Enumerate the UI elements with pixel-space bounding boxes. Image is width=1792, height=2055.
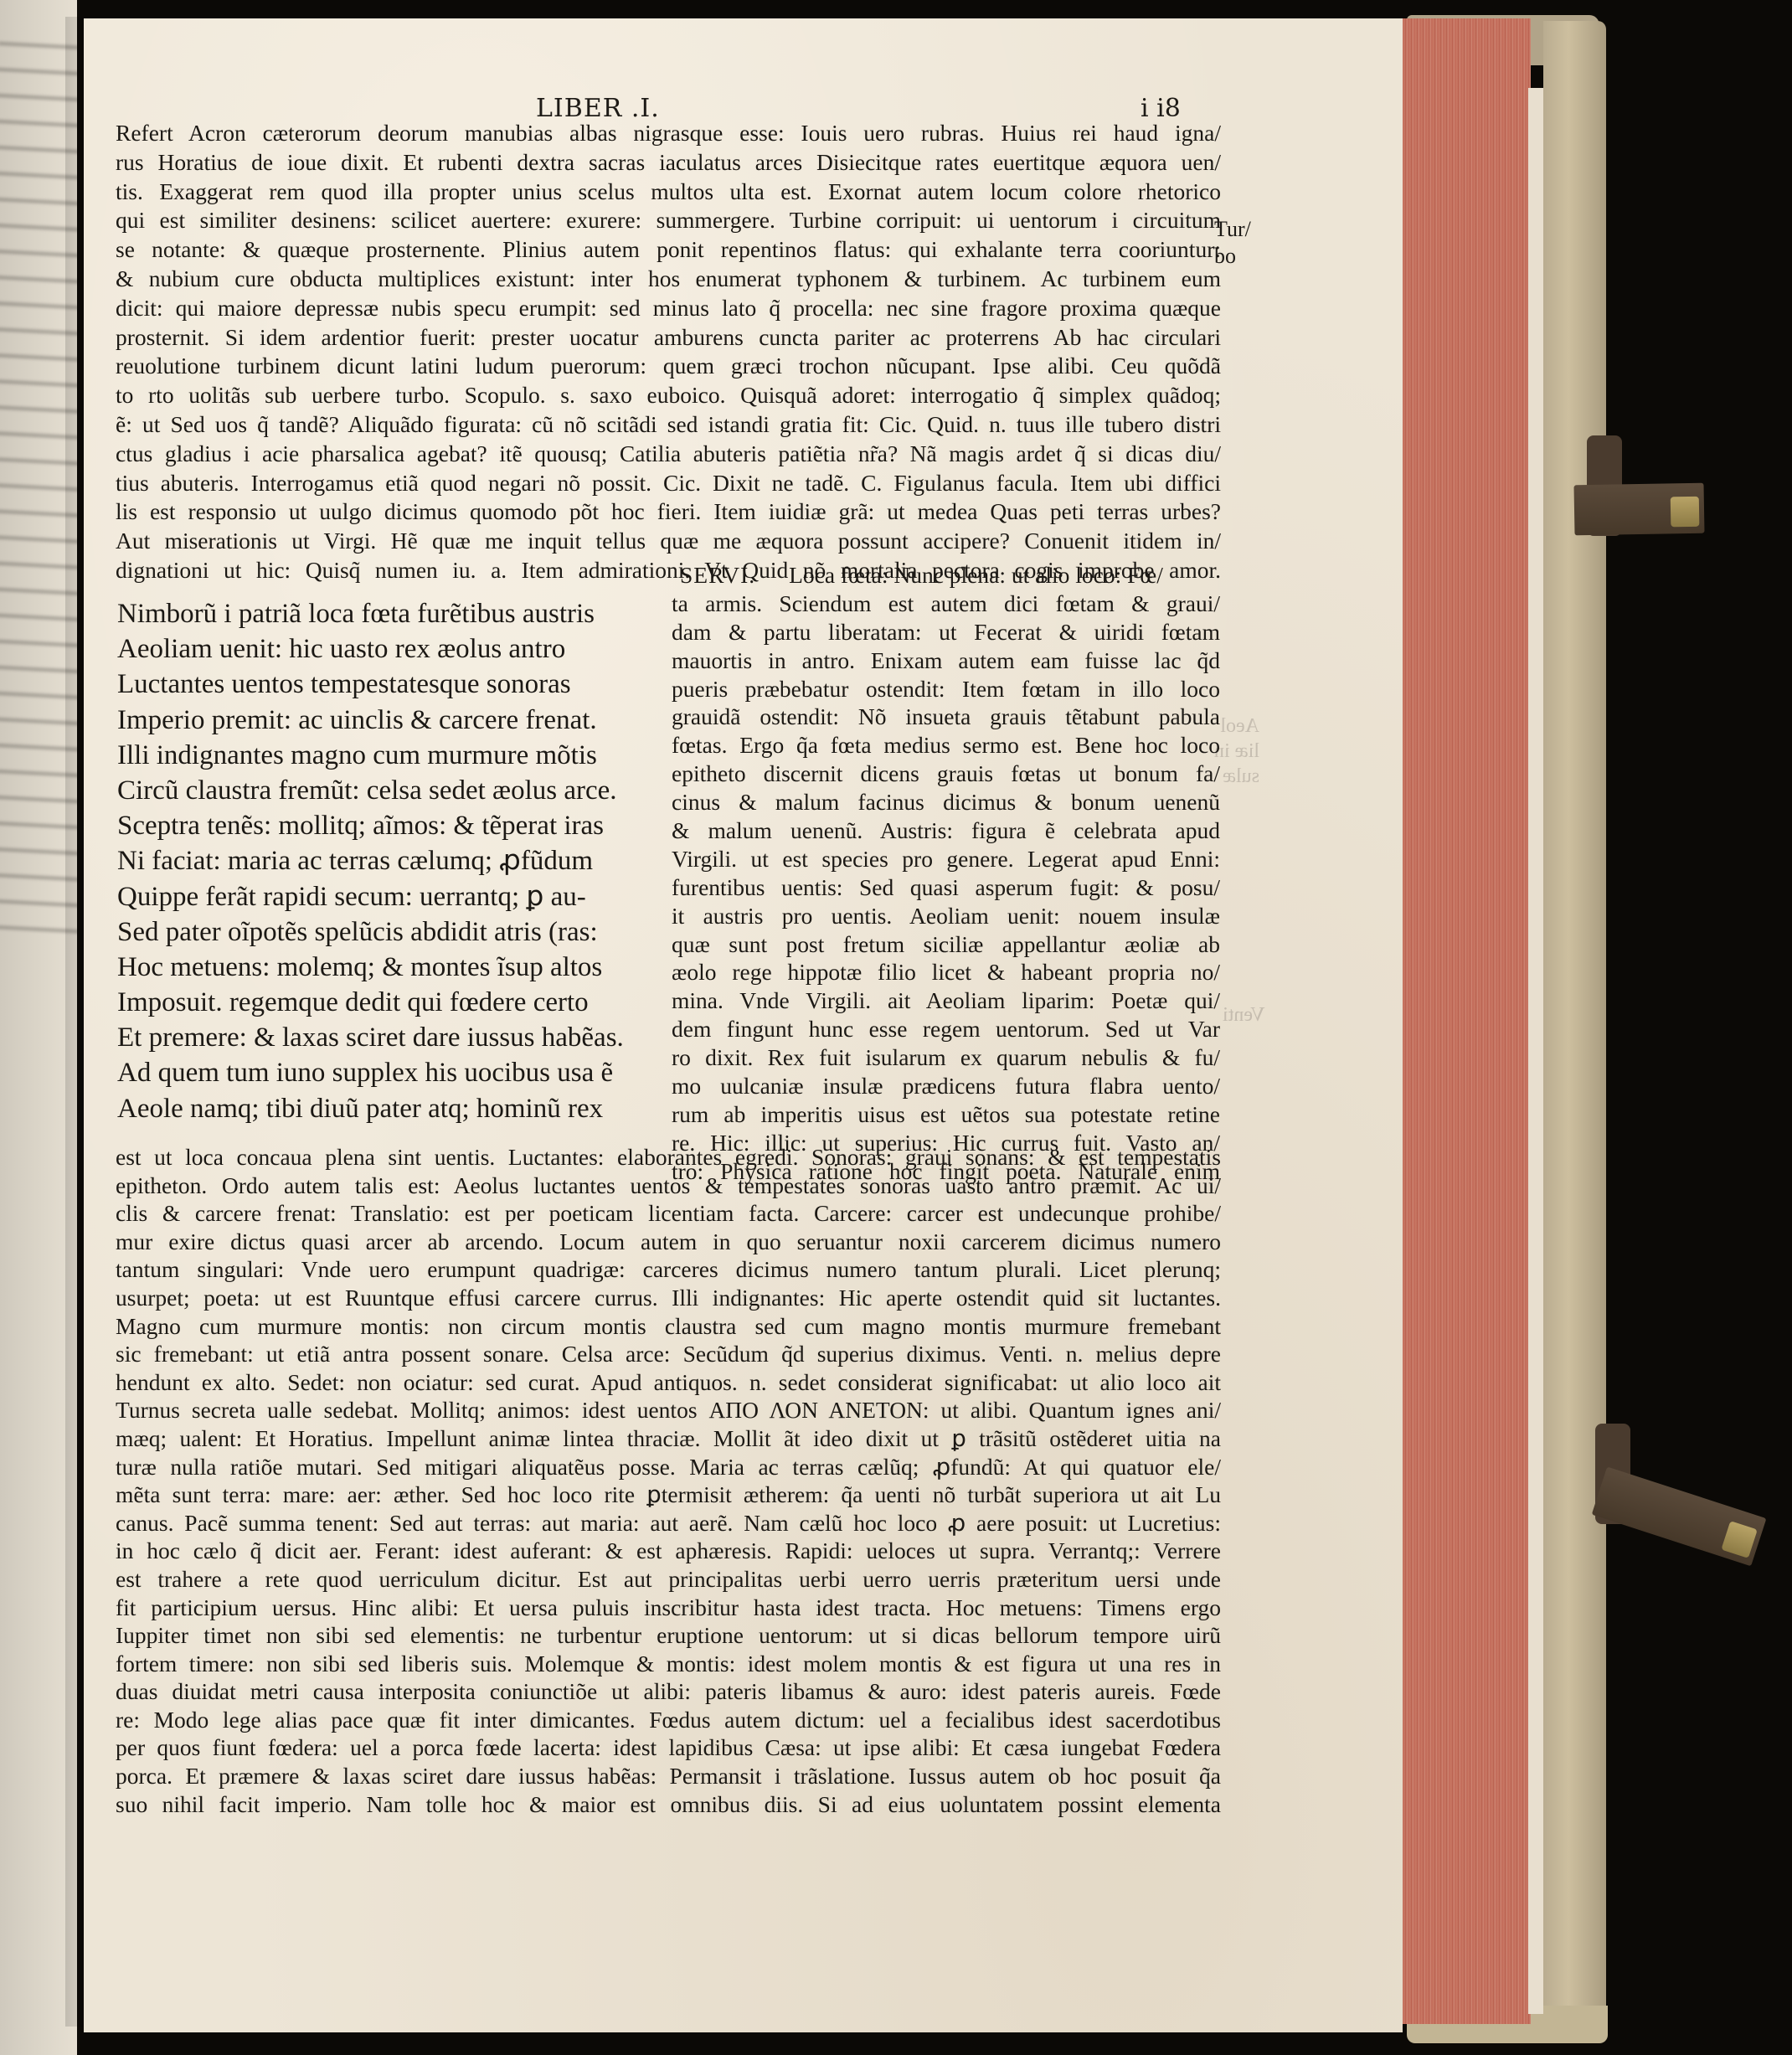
commentary-line: mo uulcaniæ insulæ prædicens futura flab… (672, 1072, 1220, 1100)
commentary-line: ẽ: ut Sed uos q̃ tandẽ? Aliquãdo figurat… (116, 410, 1221, 440)
commentary-line: clis & carcere frenat: Translatio: est p… (116, 1199, 1221, 1228)
commentary-right-column: SERVI.Loca fœta: Nunc plena: ut alio loc… (672, 561, 1220, 1186)
commentary-line: duas diuidat metri causa interposita con… (116, 1677, 1221, 1706)
commentary-line: se notante: & quæque prosternente. Plini… (116, 235, 1221, 265)
commentary-line: fortem timere: non sibi sed liberis suis… (116, 1650, 1221, 1678)
verse-line: Et premere: & laxas sciret dare iussus h… (117, 1020, 653, 1055)
commentary-line: Aut miserationis ut Virgi. Hẽ quæ me inq… (116, 527, 1221, 556)
commentary-line: rum ab imperitis uisus est uẽtos sua pot… (672, 1100, 1220, 1129)
verse-line: Ni faciat: maria ac terras cælumq; ꝓfũdu… (117, 843, 653, 878)
commentary-line: SERVI.Loca fœta: Nunc plena: ut alio loc… (672, 561, 1220, 590)
verse-line: Imperio premit: ac uinclis & carcere fre… (117, 703, 653, 738)
commentary-line: per quos fiunt fœdera: uel a porca fœde … (116, 1733, 1221, 1762)
commentary-line: Refert Acron cæterorum deorum manubias a… (116, 119, 1221, 148)
verse-line: Aeole namq; tibi diuũ pater atq; hominũ … (117, 1091, 653, 1126)
commentary-line: pueris præbebatur ostendit: Item fœtam i… (672, 675, 1220, 703)
verse-line: Circũ claustra fremũt: celsa sedet æolus… (117, 773, 653, 808)
commentary-line: hendunt ex alto. Sedet: non ociatur: sed… (116, 1368, 1221, 1397)
commentary-line: in hoc cælo q̃ dicit aer. Ferant: idest … (116, 1537, 1221, 1565)
commentary-line: canus. Pacẽ summa tenent: Sed aut terras… (116, 1509, 1221, 1537)
commentary-line: lis est responsio ut uulgo dicimus quomo… (116, 497, 1221, 527)
clasp-bottom (1592, 1466, 1767, 1566)
commentary-line: dem fingunt hunc esse regem uentorum. Se… (672, 1015, 1220, 1043)
commentary-line: mur exire dictus quasi arcer ab arcendo.… (116, 1228, 1221, 1256)
commentary-line: ctus gladius i acie pharsalica agebat? i… (116, 440, 1221, 469)
commentary-line: Turnus secreta ualle sedebat. Mollitq; a… (116, 1396, 1221, 1424)
verse-line: Quippe ferãt rapidi secum: uerrantq; ꝑ a… (117, 879, 653, 914)
commentary-line: & malum uenenũ. Austris: figura ẽ celebr… (672, 816, 1220, 845)
verse-line: Sed pater oĩpotẽs spelũcis abdidit atris… (117, 914, 653, 950)
show-through-text: Venti (1223, 1002, 1265, 1027)
show-through-text: Aeolliæ insulæ (1214, 713, 1259, 789)
endpaper-edge (1528, 88, 1543, 2014)
recto-page: LIBER .I. i i8 Tur/ bo Aeolliæ insulæ Ve… (84, 18, 1403, 2032)
commentary-line: epitheto discernit dicens grauis fœtas u… (672, 760, 1220, 788)
commentary-line: Iuppiter timet non sibi sed elementis: n… (116, 1621, 1221, 1650)
commentary-line: porca. Et præmere & laxas sciret dare iu… (116, 1762, 1221, 1790)
verse-line: Aeoliam uenit: hic uasto rex æolus antro (117, 631, 653, 667)
commentary-line: ro dixit. Rex fuit isularum ex quarum ne… (672, 1043, 1220, 1072)
commentary-line: reuolutione turbinem dicunt latini ludum… (116, 352, 1221, 381)
commentary-line: ta armis. Sciendum est autem dici fœtam … (672, 590, 1220, 618)
verse-line: Luctantes uentos tempestatesque sonoras (117, 667, 653, 702)
commentary-line: mẽta sunt terra: mare: aer: æther. Sed h… (116, 1481, 1221, 1509)
verse-line: Nimborũ i patriã loca fœta furẽtibus aus… (117, 596, 653, 631)
brass-clasp-tip-icon (1671, 497, 1700, 528)
red-fore-edge (1394, 18, 1531, 2024)
verse-line: Sceptra tenẽs: mollitq; aĩmos: & tẽperat… (117, 808, 653, 843)
verse-line: Illi indignantes magno cum murmure mõtis (117, 738, 653, 773)
verse-line: Ad quem tum iuno supplex his uocibus usa… (117, 1055, 653, 1090)
commentary-line: re: Modo lege alias pace quæ fit inter d… (116, 1706, 1221, 1734)
commentary-line: sic fremebant: ut etiã antra possent son… (116, 1340, 1221, 1368)
commentary-line: turæ nulla ratiõe mutari. Sed mitigari a… (116, 1453, 1221, 1481)
commentary-line: epitheton. Ordo autem talis est: Aeolus … (116, 1172, 1221, 1200)
commentary-line: Magno cum murmure montis: non circum mon… (116, 1312, 1221, 1341)
commentary-line: it austris pro uentis. Aeoliam uenit: no… (672, 902, 1220, 930)
commentary-line: qui est similiter desinens: scilicet aue… (116, 206, 1221, 235)
commentary-line: to rto uolitãs sub uerbere turbo. Scopul… (116, 381, 1221, 410)
commentary-line: est ut loca concaua plena sint uentis. L… (116, 1143, 1221, 1172)
commentary-line: suo nihil facit imperio. Nam tolle hoc &… (116, 1790, 1221, 1819)
commentary-top: Refert Acron cæterorum deorum manubias a… (116, 119, 1221, 585)
commentary-line: dicit: qui maiore depressæ nubis specu e… (116, 294, 1221, 323)
servius-heading: SERVI. (672, 562, 789, 588)
commentary-line: & nubium cure obducta multiplices existu… (116, 265, 1221, 294)
commentary-line: tis. Exaggerat rem quod illa propter uni… (116, 178, 1221, 207)
verse-line: Imposuit. regemque dedit qui fœdere cert… (117, 985, 653, 1020)
commentary-line-text: Loca fœta: Nunc plena: ut alio loco: Fœ/ (789, 562, 1163, 588)
commentary-line: est trahere a rete quod uerriculum dicit… (116, 1565, 1221, 1594)
commentary-line: grauidã ostendit: Nõ insueta grauis tẽta… (672, 703, 1220, 731)
brass-clasp-tip-icon (1721, 1521, 1757, 1558)
commentary-line: quæ sunt post fretum siciliæ appellantur… (672, 930, 1220, 959)
commentary-line: fœtas. Ergo q̃a fœta medius sermo est. B… (672, 731, 1220, 760)
commentary-line: usurpet; poeta: ut est Ruuntque effusi c… (116, 1284, 1221, 1312)
commentary-line: Virgili. ut est species pro genere. Lege… (672, 845, 1220, 873)
commentary-line: cinus & malum facinus dicimus & bonum ue… (672, 788, 1220, 816)
commentary-line: tantum singulari: Vnde uero erumpunt qua… (116, 1255, 1221, 1284)
vellum-binding (1543, 21, 1606, 2031)
verse-line: Hoc metuens: molemq; & montes ĩsup altos (117, 950, 653, 985)
commentary-line: dam & partu liberatam: ut Fecerat & uiri… (672, 618, 1220, 646)
commentary-line: mæq; ualent: Et Horatius. Impellunt anim… (116, 1424, 1221, 1453)
commentary-line: furentibus uentis: Sed quasi asperum fug… (672, 873, 1220, 902)
commentary-line: æolo rege hippotæ filio licet & habeant … (672, 958, 1220, 986)
commentary-line: prosternit. Si idem ardentior fuerit: pr… (116, 323, 1221, 353)
commentary-line: tius abuteris. Interrogamus etiã quod ne… (116, 469, 1221, 498)
commentary-line: mauortis in antro. Enixam autem eam fuis… (672, 646, 1220, 675)
clasp-top (1573, 483, 1704, 536)
commentary-bottom: est ut loca concaua plena sint uentis. L… (116, 1143, 1221, 1818)
commentary-line: fit participium uersus. Hinc alibi: Et u… (116, 1594, 1221, 1622)
commentary-line: mina. Vnde Virgili. ait Aeoliam liparim:… (672, 986, 1220, 1015)
verse-text: Nimborũ i patriã loca fœta furẽtibus aus… (117, 596, 653, 1126)
commentary-line: rus Horatius de ioue dixit. Et rubenti d… (116, 148, 1221, 178)
